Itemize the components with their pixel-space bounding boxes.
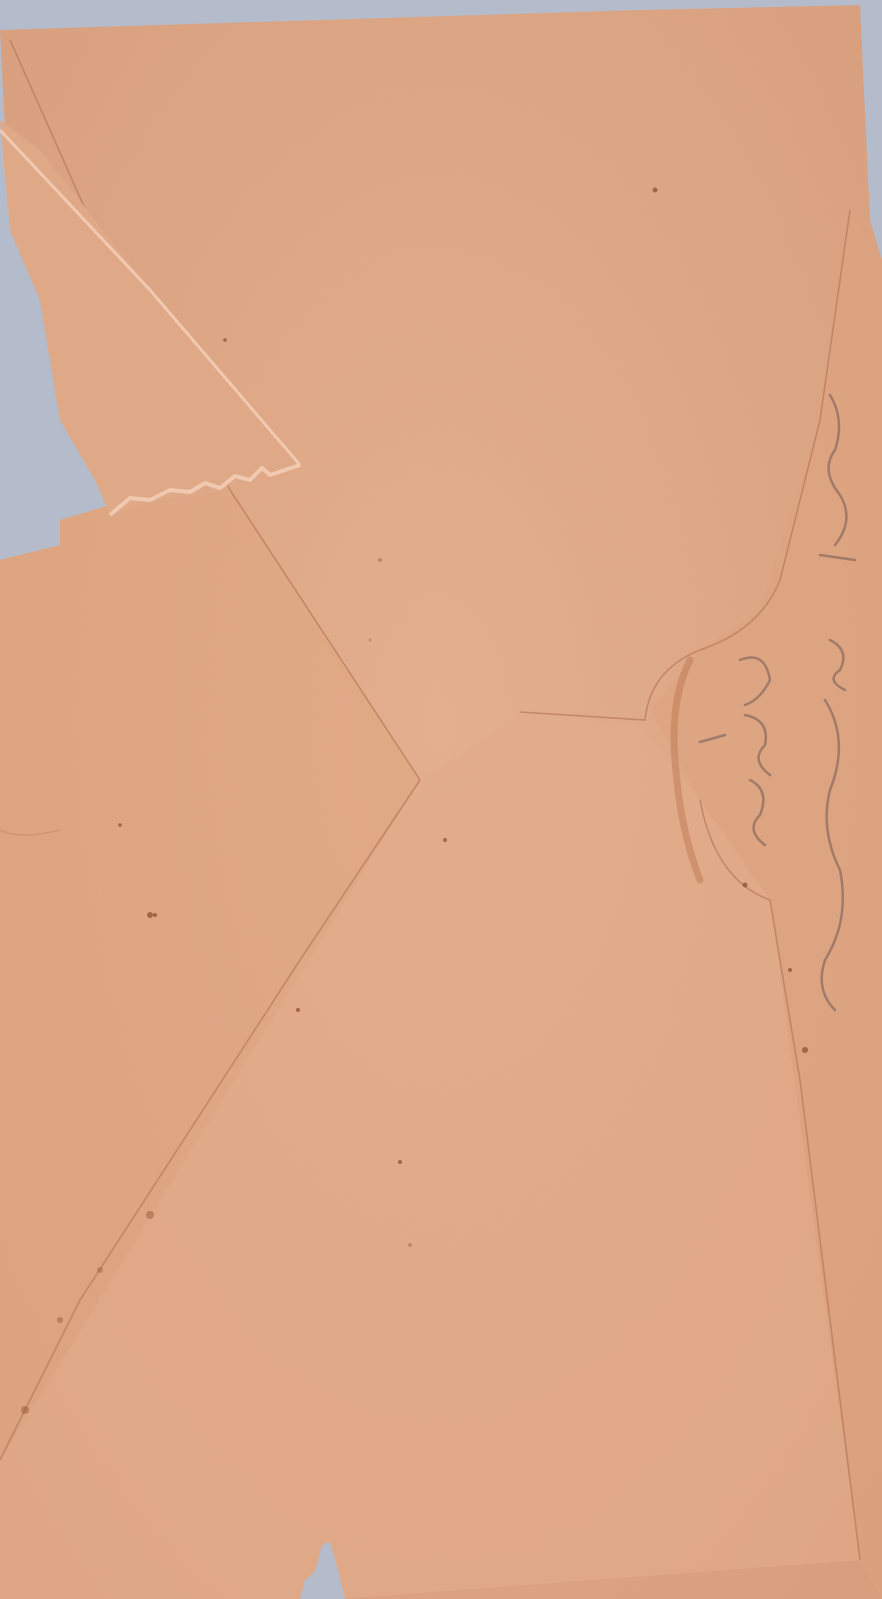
- envelope-scan: [0, 0, 882, 1599]
- envelope-illustration: [0, 0, 882, 1599]
